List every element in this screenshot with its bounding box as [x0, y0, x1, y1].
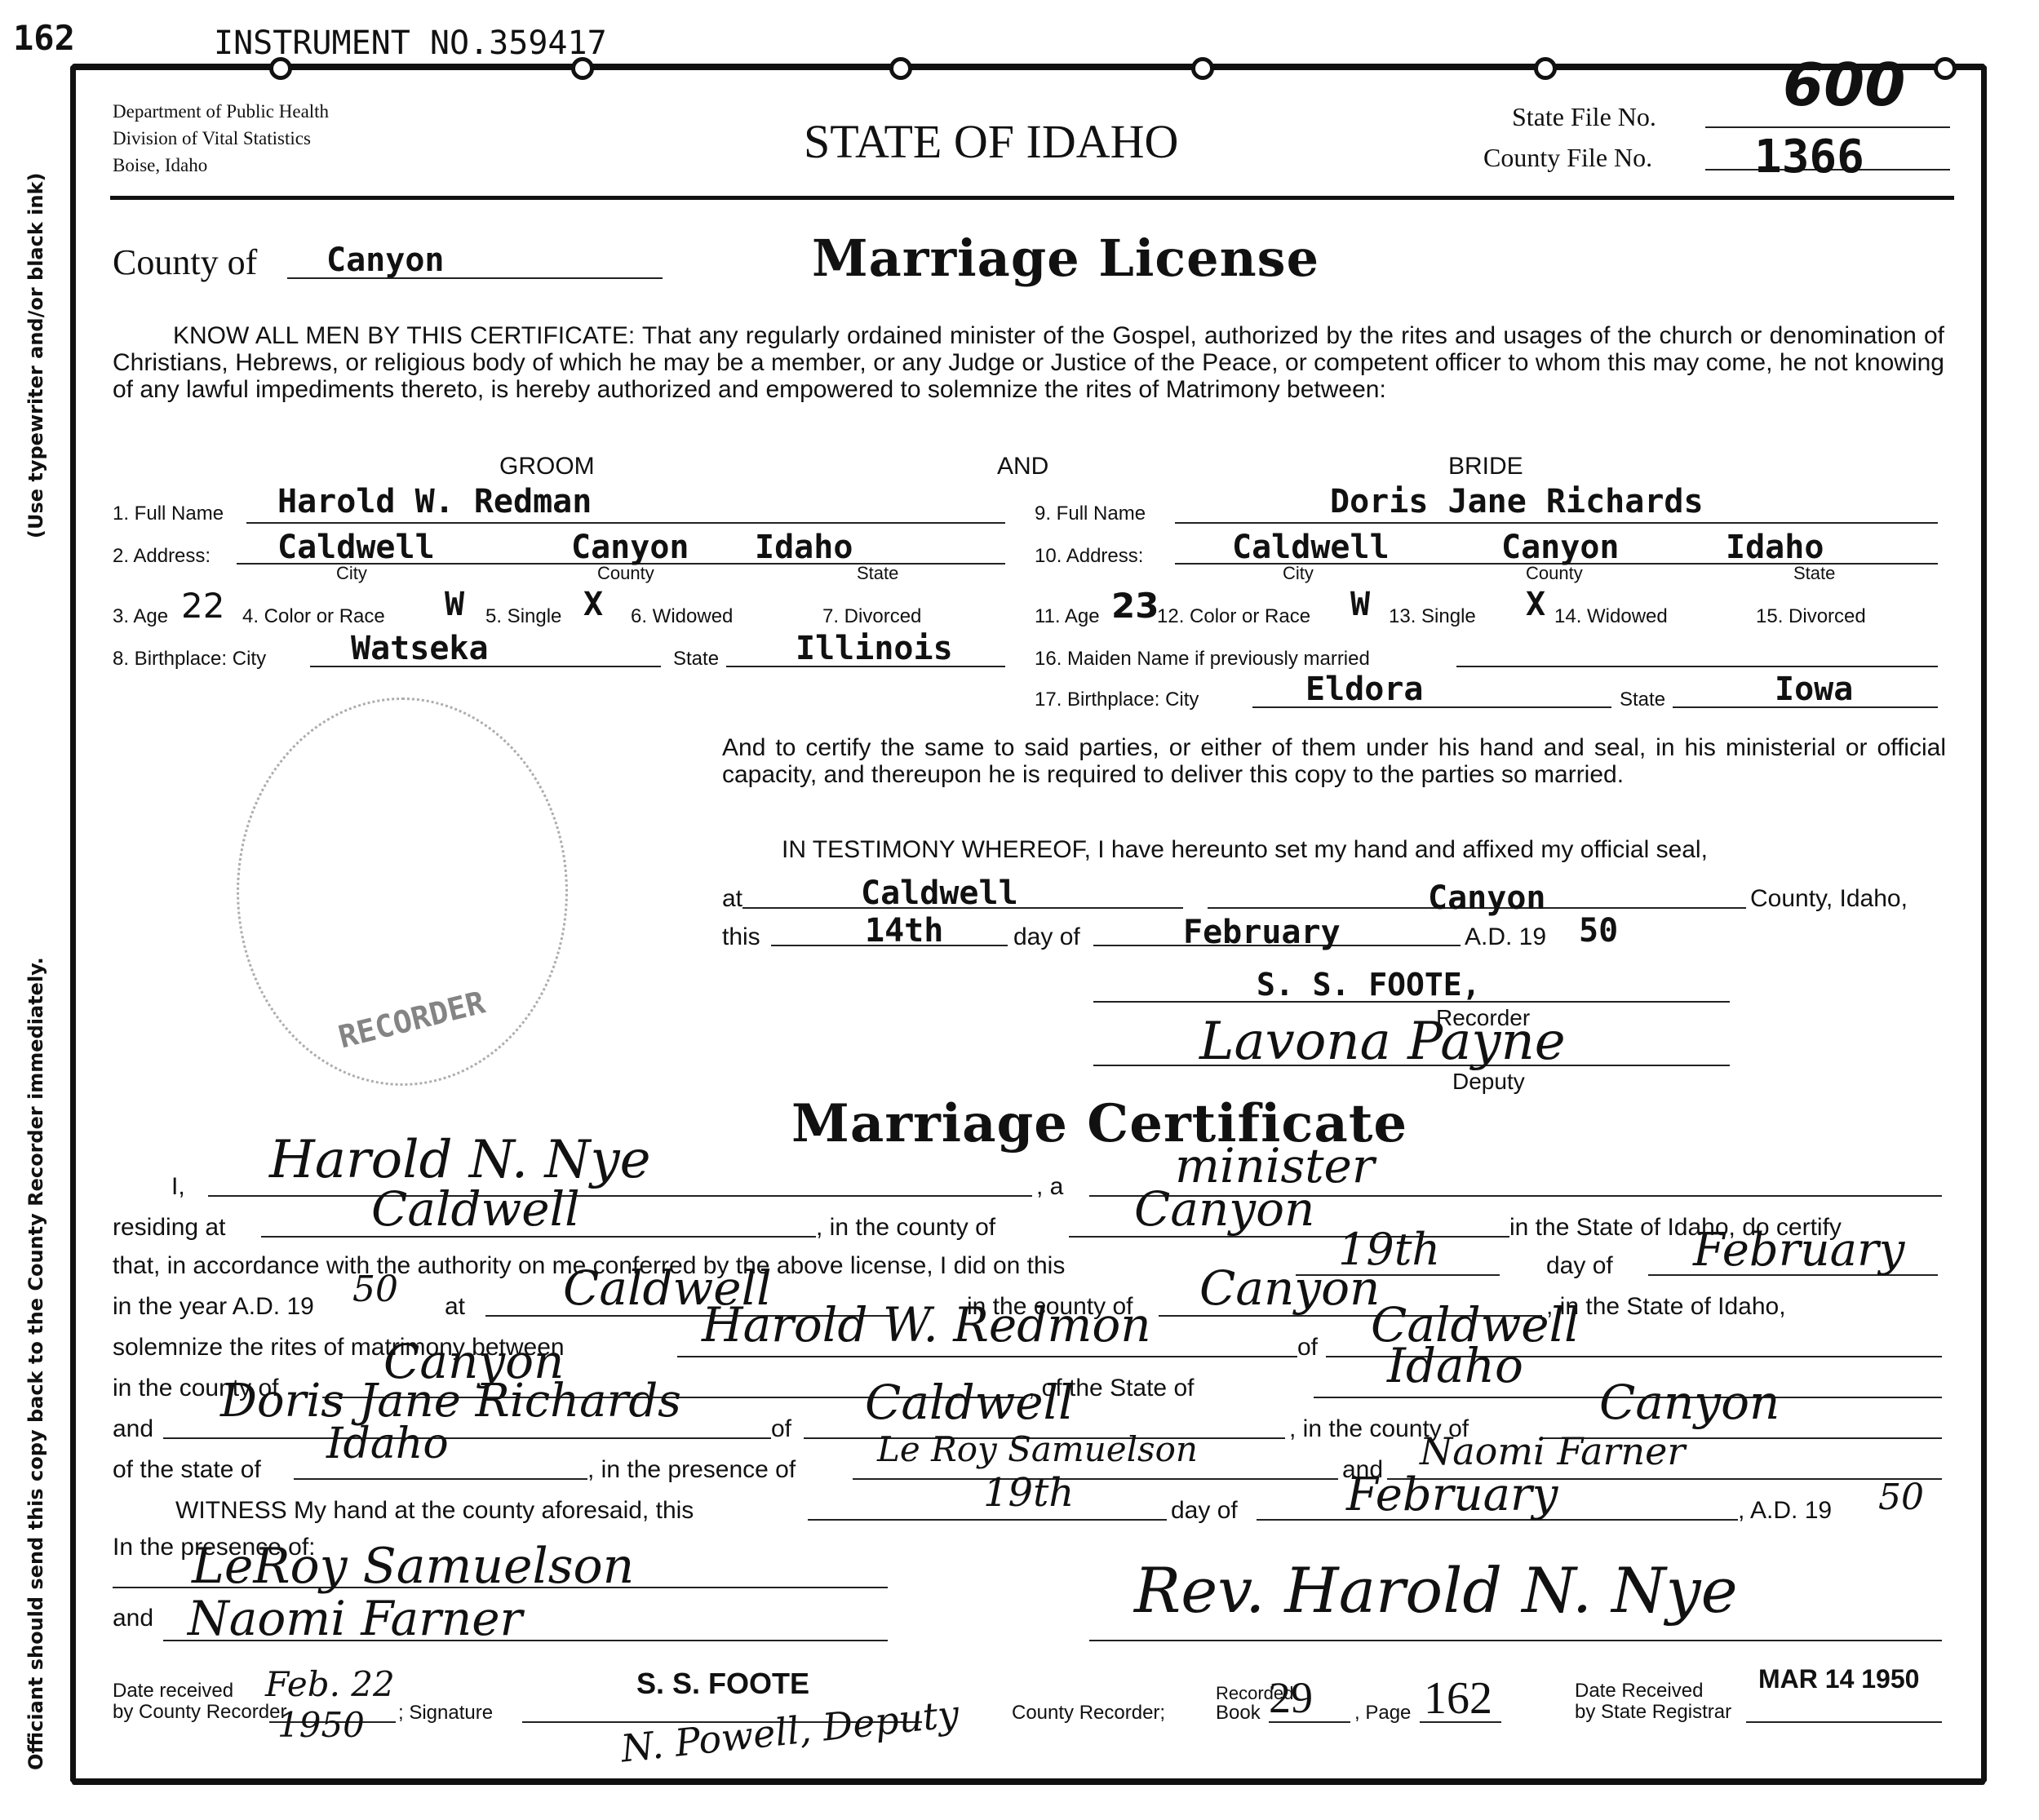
groom-line [677, 1356, 1297, 1357]
bride-divorced-label: 15. Divorced [1756, 605, 1866, 628]
county-label: County of [113, 241, 257, 283]
county-file-label: County File No. [1483, 143, 1652, 173]
page-value: 162 [1424, 1672, 1492, 1725]
state-file-label: State File No. [1512, 102, 1656, 132]
deputy-label: Deputy [1452, 1069, 1525, 1095]
certificate-bride-county: Canyon [1599, 1375, 1780, 1430]
groom-state: Idaho [755, 529, 853, 566]
county-sublabel: County [597, 563, 654, 584]
bride-birthplace-state: Iowa [1775, 671, 1853, 708]
groom-race: W [445, 586, 464, 623]
and-label: and [113, 1415, 153, 1443]
presence-label: , in the presence of [587, 1456, 796, 1484]
bride-race-label: 12. Color or Race [1157, 605, 1310, 628]
license-heading: Marriage License [812, 228, 1319, 288]
recorder-name: S. S. FOOTE, [1257, 967, 1481, 1003]
border-left [70, 65, 76, 1782]
at-county: Canyon [1428, 879, 1546, 917]
bride-birthplace-state-label: State [1620, 689, 1665, 711]
groom-full-name-line [246, 522, 1005, 524]
groom-address-label: 2. Address: [113, 545, 211, 568]
state-sublabel: State [1793, 563, 1835, 584]
bride-state-line [294, 1478, 587, 1480]
cert-day-of-label: day of [1546, 1252, 1613, 1280]
residing-value: Caldwell [371, 1181, 580, 1237]
bride-line [163, 1437, 771, 1439]
scroll-ornament-icon [889, 57, 912, 80]
county-value: Canyon [326, 241, 445, 279]
groom-widowed-label: 6. Widowed [631, 605, 733, 628]
instrument-number-stamp: INSTRUMENT NO.359417 [214, 24, 607, 62]
witness-ad-label: , A.D. 19 [1738, 1497, 1832, 1525]
groom-full-name-label: 1. Full Name [113, 503, 224, 525]
bride-race: W [1350, 586, 1370, 623]
state-received-value: MAR 14 1950 [1758, 1664, 1919, 1694]
certificate-county: Canyon [1199, 1260, 1380, 1316]
book-label: Book [1216, 1702, 1261, 1725]
witness-text: WITNESS My hand at the county aforesaid,… [175, 1497, 694, 1525]
scroll-ornament-icon [1534, 57, 1557, 80]
state-received-line [1746, 1721, 1942, 1723]
bride-address-label: 10. Address: [1035, 545, 1143, 568]
groom-birthplace-state: Illinois [796, 630, 953, 667]
certify-text: And to certify the same to said parties,… [722, 734, 1946, 788]
witness-day-of-label: day of [1171, 1497, 1238, 1525]
witness1-signature: LeRoy Samuelson [192, 1538, 634, 1595]
bride-city: Caldwell [1232, 529, 1390, 566]
witness-month: February [1346, 1468, 1558, 1521]
scroll-ornament-icon [1934, 57, 1957, 80]
bride-single: X [1526, 586, 1545, 623]
groom-full-name: Harold W. Redman [277, 483, 592, 520]
groom-heading: GROOM [499, 453, 595, 480]
of-label: of [1297, 1334, 1318, 1362]
groom-age: 22 [181, 586, 224, 626]
bride-age: 23 [1111, 586, 1159, 626]
certificate-witness1: Le Roy Samuelson [877, 1429, 1198, 1469]
and-heading: AND [997, 453, 1048, 480]
bride-full-name-label: 9. Full Name [1035, 503, 1146, 525]
groom-city: Caldwell [277, 529, 435, 566]
county-recorder-label: County Recorder; [1012, 1702, 1165, 1725]
certificate-bride: Doris Jane Richards [220, 1375, 681, 1428]
instrument-label: INSTRUMENT NO. [214, 24, 489, 62]
page-label: , Page [1354, 1702, 1411, 1725]
state-received-label-line2: by State Registrar [1575, 1702, 1731, 1723]
witness2-signature: Naomi Farner [188, 1591, 522, 1646]
date-received-value-2: 1950 [277, 1705, 365, 1745]
i-label: I, [171, 1173, 185, 1201]
bride-maiden-label: 16. Maiden Name if previously married [1035, 648, 1370, 671]
groom-single: X [583, 586, 603, 623]
scroll-ornament-icon [1191, 57, 1214, 80]
date-received-label: Date received by County Recorder [113, 1681, 286, 1723]
witness-day: 19th [983, 1470, 1074, 1516]
in-state-idaho-label: , in the State of Idaho, [1546, 1293, 1786, 1321]
bride-heading: BRIDE [1448, 453, 1523, 480]
recorder-seal: RECORDER [237, 697, 568, 1086]
at-label: at [722, 885, 742, 913]
this-label: this [722, 923, 760, 951]
department-line: Boise, Idaho [113, 152, 329, 179]
county-idaho-label: County, Idaho, [1750, 885, 1908, 913]
signature-stamp: S. S. FOOTE [636, 1667, 809, 1701]
book-value: 29 [1269, 1672, 1313, 1723]
groom-age-label: 3. Age [113, 605, 168, 628]
bride-full-name-line [1175, 522, 1938, 524]
date-received-label-line2: by County Recorder [113, 1702, 286, 1723]
county-file-number: 1366 [1754, 131, 1864, 184]
side-note-send-back: Officiant should send this copy back to … [24, 889, 47, 1770]
certificate-month: February [1693, 1224, 1904, 1277]
groom-birthplace-city-label: 8. Birthplace: City [113, 648, 266, 671]
groom-divorced-label: 7. Divorced [822, 605, 921, 628]
side-note-ink: (Use typewriter and/or black ink) [24, 82, 47, 538]
bride-birthplace-city: Eldora [1305, 671, 1424, 708]
groom-single-label: 5. Single [485, 605, 561, 628]
certificate-witness2: Naomi Farner [1420, 1429, 1685, 1473]
bride-age-label: 11. Age [1035, 605, 1100, 628]
certificate-year: 50 [352, 1269, 398, 1310]
witness1-line [853, 1478, 1338, 1480]
groom-birthplace-state-label: State [673, 648, 719, 671]
department-line: Division of Vital Statistics [113, 125, 329, 152]
city-sublabel: City [1283, 563, 1314, 584]
certificate-bride-state: Idaho [326, 1419, 449, 1468]
bride-single-label: 13. Single [1389, 605, 1476, 628]
instrument-number: 359417 [489, 24, 607, 62]
seal-text: RECORDER [335, 985, 488, 1056]
page-number: 162 [13, 18, 75, 58]
state-sublabel: State [857, 563, 898, 584]
residing-county: Canyon [1134, 1181, 1314, 1237]
ad-label: A.D. 19 [1465, 923, 1546, 951]
bride-of-label: of [771, 1415, 791, 1443]
county-sublabel: County [1526, 563, 1583, 584]
bride-state-label: of the state of [113, 1456, 261, 1484]
date-received-value-1: Feb. 22 [265, 1664, 395, 1704]
page-title: STATE OF IDAHO [804, 114, 1178, 169]
state-file-number: 600 [1783, 51, 1905, 119]
certificate-groom-state: Idaho [1387, 1338, 1523, 1393]
city-sublabel: City [336, 563, 367, 584]
officiant-signature: Rev. Harold N. Nye [1134, 1554, 1738, 1627]
bride-maiden-line [1456, 666, 1938, 667]
officiant-signature-line [1089, 1640, 1942, 1641]
bride-birthplace-city-label: 17. Birthplace: City [1035, 689, 1199, 711]
bride-full-name: Doris Jane Richards [1330, 483, 1704, 520]
date-received-label-line1: Date received [113, 1681, 286, 1702]
license-month: February [1183, 914, 1341, 951]
state-received-label-line1: Date Received [1575, 1681, 1731, 1702]
groom-county: Canyon [571, 529, 689, 566]
state-file-line [1705, 126, 1950, 128]
witness-day-line [808, 1519, 1167, 1521]
cert-at-label: at [445, 1293, 465, 1321]
officiant-line [208, 1195, 1032, 1197]
at-city: Caldwell [861, 875, 1018, 912]
residing-label: residing at [113, 1214, 225, 1242]
bride-state: Idaho [1726, 529, 1824, 566]
groom-race-label: 4. Color or Race [242, 605, 385, 628]
witness-year: 50 [1878, 1477, 1924, 1518]
day-of-label: day of [1013, 923, 1080, 951]
border-bottom [72, 1778, 1985, 1785]
signature-label: ; Signature [398, 1702, 493, 1725]
a-label: , a [1036, 1173, 1063, 1201]
border-right [1981, 65, 1987, 1782]
bride-county: Canyon [1501, 529, 1620, 566]
state-received-label: Date Received by State Registrar [1575, 1681, 1731, 1723]
header-divider [110, 196, 1954, 200]
groom-birthplace-city: Watseka [351, 630, 489, 667]
license-intro: KNOW ALL MEN BY THIS CERTIFICATE: That a… [113, 322, 1944, 403]
department-line: Department of Public Health [113, 98, 329, 125]
certificate-bride-city: Caldwell [865, 1375, 1074, 1430]
signature-deputy: N. Powell, Deputy [618, 1691, 961, 1770]
border-top [72, 64, 1985, 70]
certificate-groom: Harold W. Redmon [702, 1297, 1151, 1353]
department-block: Department of Public Health Division of … [113, 98, 329, 179]
witness-sig-and-label: and [113, 1605, 153, 1632]
bride-widowed-label: 14. Widowed [1554, 605, 1668, 628]
in-county-label: , in the county of [816, 1214, 995, 1242]
year-label: in the year A.D. 19 [113, 1293, 314, 1321]
license-year: 50 [1579, 912, 1618, 950]
testimony-text: IN TESTIMONY WHEREOF, I have hereunto se… [782, 836, 1948, 863]
license-day: 14th [865, 912, 943, 950]
deputy-signature: Lavona Payne [1199, 1012, 1566, 1072]
